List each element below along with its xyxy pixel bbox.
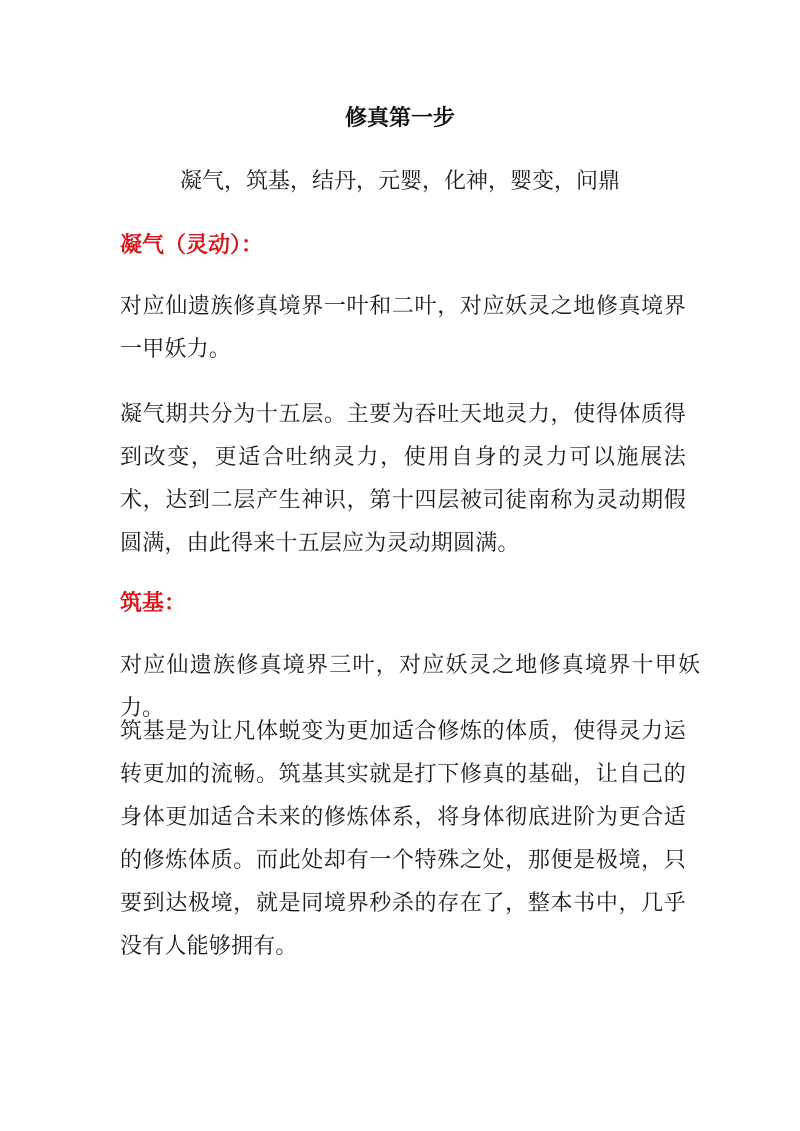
section-paragraph: 凝气期共分为十五层。主要为吞吐天地灵力，使得体质得到改变，更适合吐纳灵力，使用自…: [120, 393, 686, 565]
document-page: 修真第一步 凝气，筑基，结丹，元婴，化神，婴变，问鼎 凝气（灵动）： 对应仙遗族…: [0, 0, 800, 1131]
section-heading-ningqi: 凝气（灵动）：: [120, 230, 263, 262]
page-title: 修真第一步: [0, 104, 800, 134]
section-paragraph: 对应仙遗族修真境界一叶和二叶，对应妖灵之地修真境界一甲妖力。: [120, 285, 686, 371]
realm-list: 凝气，筑基，结丹，元婴，化神，婴变，问鼎: [0, 166, 800, 198]
section-heading-zhuji: 筑基：: [120, 588, 186, 620]
section-paragraph: 筑基是为让凡体蜕变为更加适合修炼的体质，使得灵力运转更加的流畅。筑基其实就是打下…: [120, 710, 686, 968]
